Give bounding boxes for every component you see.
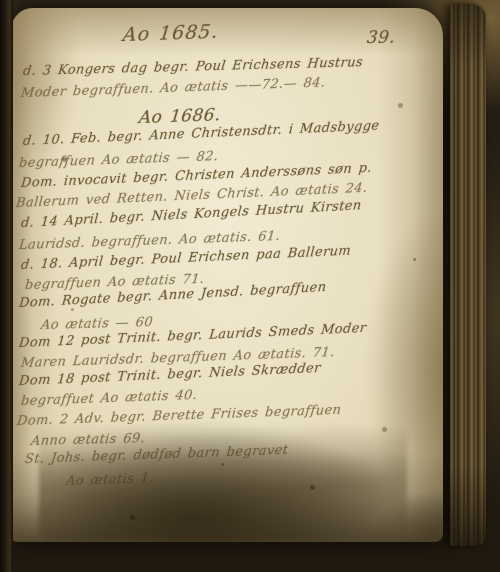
entry-line: begraffuet Ao ætatis 40.: [20, 388, 198, 409]
water-stain: [39, 422, 407, 540]
page-number: 39.: [366, 27, 396, 48]
book-page-edges: [450, 4, 486, 546]
book-binding-edge: [0, 0, 13, 572]
manuscript-page: Ao 1685. 39. d. 3 Kongers dag begr. Poul…: [11, 8, 443, 542]
year-heading-1685: Ao 1685.: [122, 21, 220, 46]
year-heading-1686: Ao 1686.: [138, 105, 222, 128]
entry-line: Moder begraffuen. Ao ætatis ——72.— 84.: [20, 75, 326, 101]
manuscript-photo: Ao 1685. 39. d. 3 Kongers dag begr. Poul…: [0, 0, 500, 572]
